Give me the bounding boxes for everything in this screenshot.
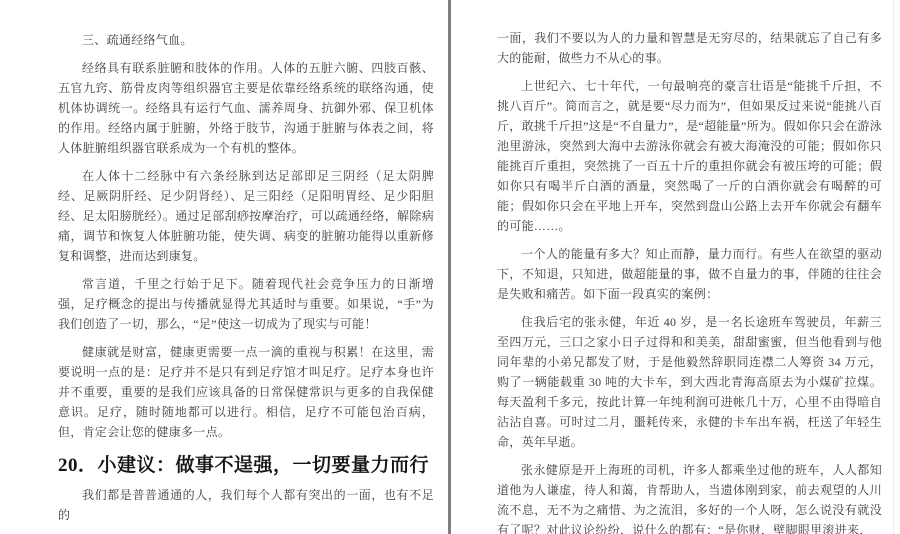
paragraph: 经络具有联系脏腑和肢体的作用。人体的五脏六腑、四肢百骸、五官九窍、筋骨皮肉等组织… bbox=[58, 58, 434, 158]
section-heading: 20．小建议：做事不逞强，一切要量力而行 bbox=[58, 452, 434, 479]
paragraph-continued: 一面，我们不要以为人的力量和智慧是无穷尽的，结果就忘了自己有多大的能耐，做些力不… bbox=[497, 28, 882, 68]
paragraph: 健康就是财富，健康更需要一点一滴的重视与积累！在这里，需要说明一点的是：足疗并不… bbox=[58, 342, 434, 442]
paragraph: 三、疏通经络气血。 bbox=[58, 30, 434, 50]
page-right: 一面，我们不要以为人的力量和智慧是无穷尽的，结果就忘了自己有多大的能耐，做些力不… bbox=[451, 0, 900, 534]
page-left: 三、疏通经络气血。经络具有联系脏腑和肢体的作用。人体的五脏六腑、四肢百骸、五官九… bbox=[0, 0, 448, 534]
paragraph: 在人体十二经脉中有六条经脉到达足部即足三阴经（足太阴脾经、足厥阴肝经、足少阴肾经… bbox=[58, 166, 434, 266]
paragraph: 张永健原是开上海班的司机，许多人都乘坐过他的班车，人人都知道他为人谦虚，待人和蔼… bbox=[497, 460, 882, 534]
paragraph: 上世纪六、七十年代，一句最响亮的豪言壮语是“能挑千斤担，不挑八百斤”。简而言之，… bbox=[497, 76, 882, 236]
paragraph: 常言道，千里之行始于足下。随着现代社会竞争压力的日渐增强，足疗概念的提出与传播就… bbox=[58, 274, 434, 334]
paragraph: 一个人的能量有多大？知止而静，量力而行。有些人在欲望的驱动下，不知退，只知进，做… bbox=[497, 244, 882, 304]
page-right-edge bbox=[893, 0, 894, 534]
paragraph: 我们都是普普通通的人，我们每个人都有突出的一面，也有不足的 bbox=[58, 485, 434, 525]
document-spread: 三、疏通经络气血。经络具有联系脏腑和肢体的作用。人体的五脏六腑、四肢百骸、五官九… bbox=[0, 0, 900, 534]
paragraph: 住我后宅的张永健，年近 40 岁，是一名长途班车驾驶员，年薪三至四万元，三口之家… bbox=[497, 312, 882, 452]
